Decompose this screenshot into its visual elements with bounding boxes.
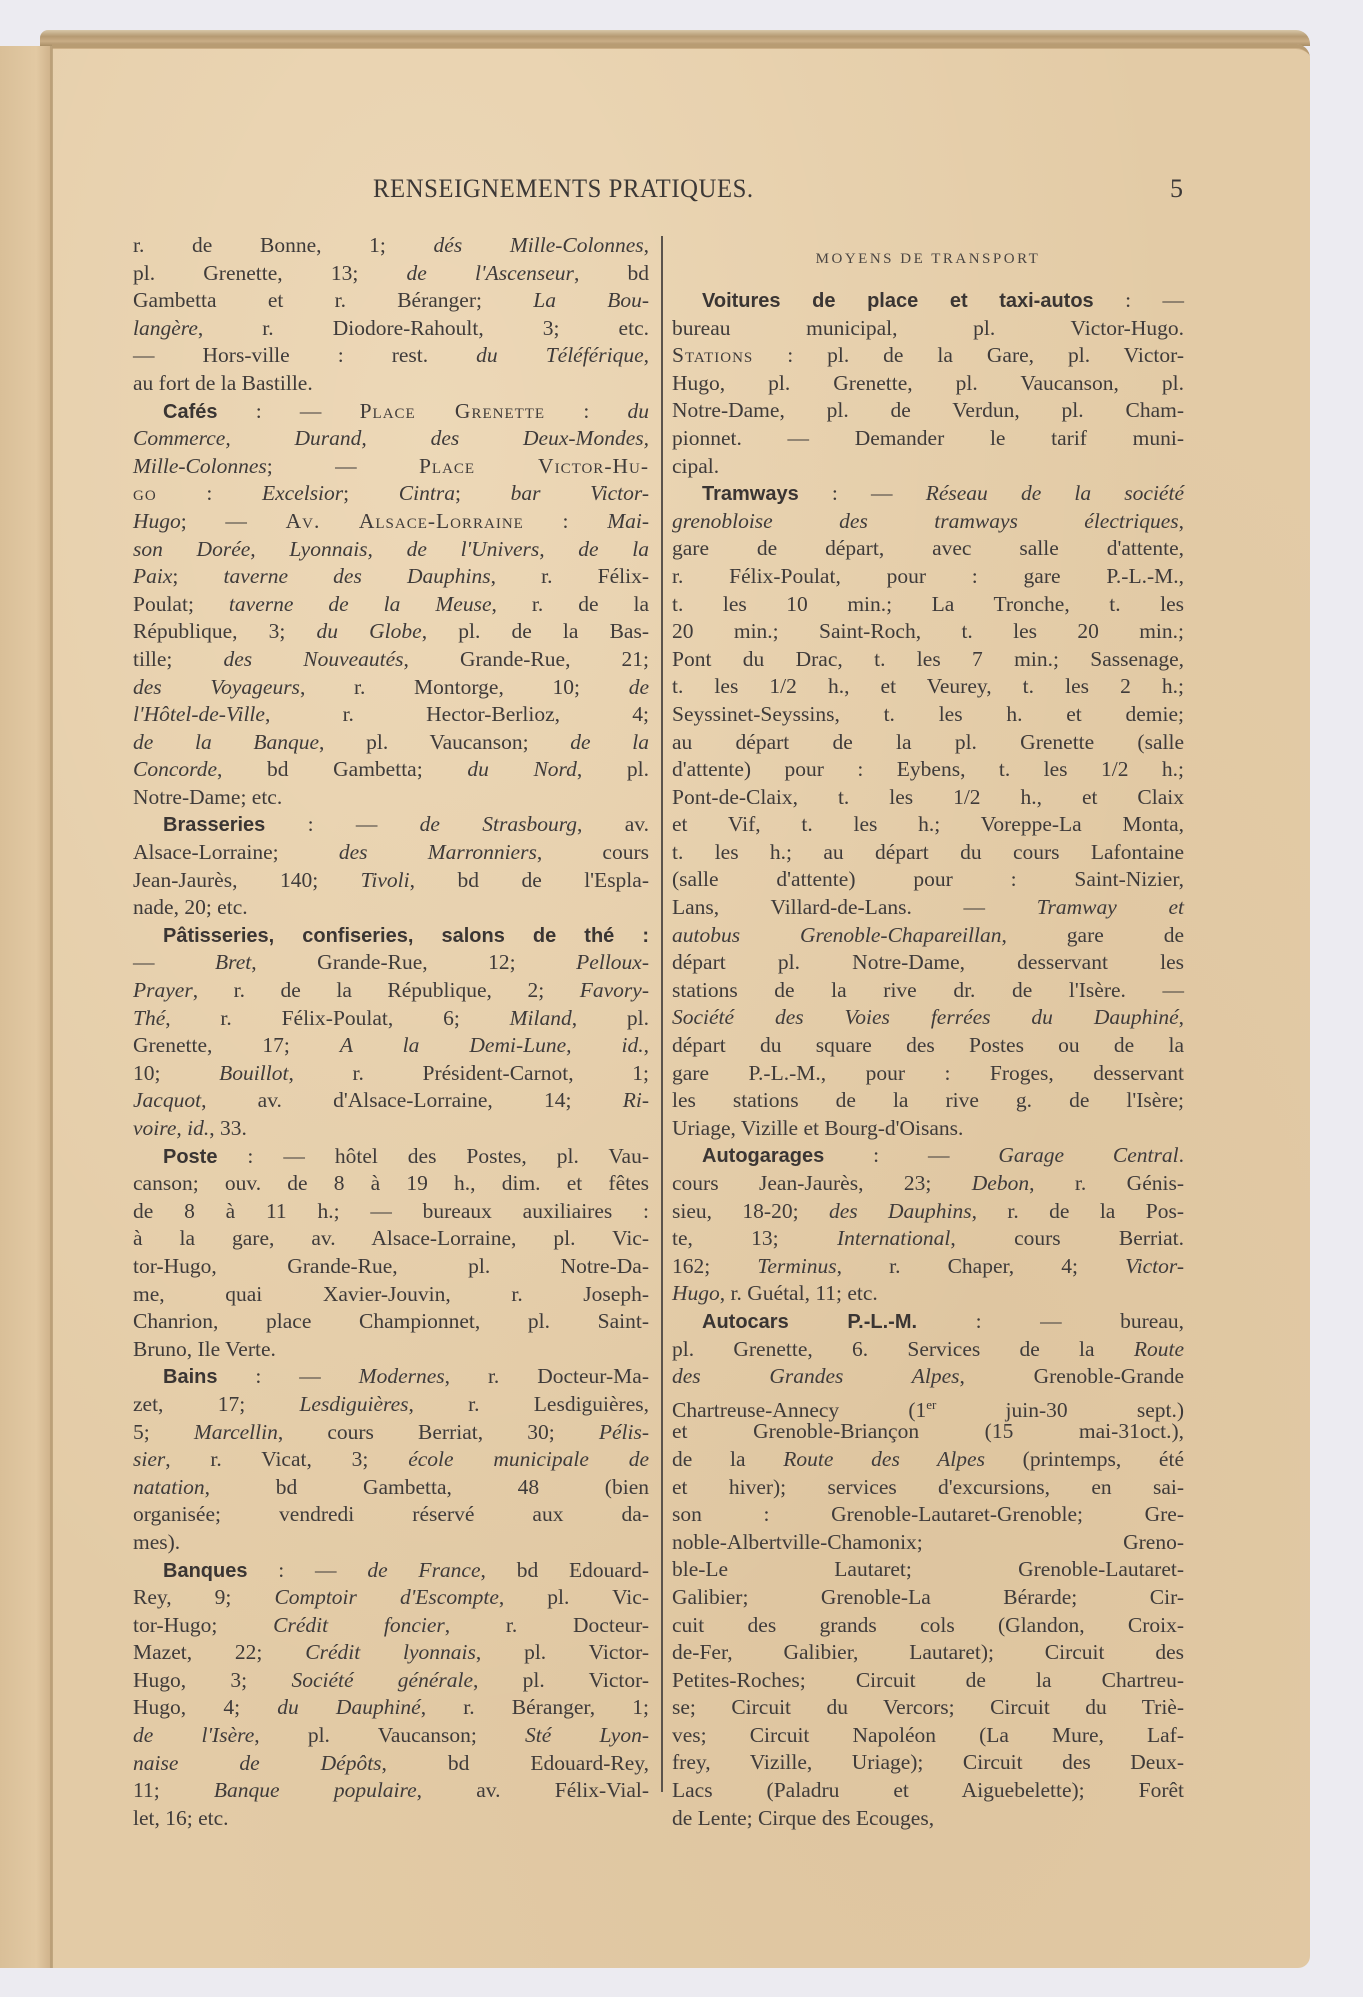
- text-line-content: zet, 17; Lesdiguières, r. Lesdiguières,: [133, 1391, 649, 1419]
- text-run: me, quai Xavier-Jouvin, r. Joseph-: [133, 1282, 649, 1306]
- text-run: r. Félix-Poulat, pour : gare P.-L.-M.,: [672, 564, 1184, 588]
- establishment-name: Cintra: [399, 481, 455, 505]
- text-line-content: Galibier; Grenoble-La Bérarde; Cir-: [672, 1584, 1184, 1612]
- text-line-content: ves; Circuit Napoléon (La Mure, Laf-: [672, 1722, 1184, 1750]
- text-line-content: Petites-Roches; Circuit de la Chartreu-: [672, 1667, 1184, 1695]
- establishment-name: de l'Isère: [133, 1723, 254, 1747]
- spine-crease: [50, 46, 53, 1968]
- text-run: , r. Hector-Berlioz, 4;: [265, 702, 649, 726]
- establishment-name: voire, id.: [133, 1116, 209, 1140]
- text-line-content: Bains : — Modernes, r. Docteur-Ma-: [163, 1363, 649, 1392]
- establishment-name: de la Banque: [133, 730, 319, 754]
- text-run: , r. Chaper, 4;: [837, 1254, 1126, 1278]
- text-line-content: cours Jean-Jaurès, 23; Debon, r. Génis-: [672, 1170, 1184, 1198]
- text-run: , r. Président-Carnot, 1;: [288, 1061, 649, 1085]
- establishment-name: Tivoli: [361, 868, 410, 892]
- text-line-content: Jacquot, av. d'Alsace-Lorraine, 14; Ri-: [133, 1087, 649, 1115]
- text-run: Jean-Jaurès, 140;: [133, 868, 361, 892]
- section-heading: MOYENS DE TRANSPORT: [672, 232, 1184, 287]
- text-line-content: go : Excelsior; Cintra; bar Victor-: [133, 480, 649, 508]
- text-line: sier, r. Vicat, 3; école municipale de: [133, 1446, 649, 1474]
- text-run: Pont du Drac, t. les 7 min.; Sassenage,: [672, 647, 1184, 671]
- text-line-content: son Dorée, Lyonnais, de l'Univers, de la: [133, 536, 649, 564]
- text-line-content: 20 min.; Saint-Roch, t. les 20 min.;: [672, 618, 1184, 646]
- text-run: ,: [644, 233, 649, 257]
- text-run: , pl. Vaucanson;: [254, 1723, 525, 1747]
- text-run: ; —: [181, 509, 286, 533]
- text-line: Commerce, Durand, des Deux-Mondes,: [133, 425, 649, 453]
- text-line-content: des Voyageurs, r. Montorge, 10; de: [133, 674, 649, 702]
- text-run: Alsace-Lorraine;: [133, 840, 339, 864]
- text-line-content: Poulat; taverne de la Meuse, r. de la: [133, 591, 649, 619]
- text-line-content: Chanrion, place Championnet, pl. Saint-: [133, 1308, 649, 1336]
- text-run: ,: [644, 1033, 649, 1057]
- text-line-content: canson; ouv. de 8 à 19 h., dim. et fêtes: [133, 1170, 649, 1198]
- text-line: République, 3; du Globe, pl. de la Bas-: [133, 618, 649, 646]
- text-run: 11;: [133, 1778, 214, 1802]
- text-run: Notre-Dame, pl. de Verdun, pl. Cham-: [672, 398, 1184, 422]
- text-run: Petites-Roches; Circuit de la Chartreu-: [672, 1668, 1184, 1692]
- text-run: Mazet, 22;: [133, 1640, 305, 1664]
- text-line: Hugo, 4; du Dauphiné, r. Béranger, 1;: [133, 1694, 649, 1722]
- text-line-content: — Hors-ville : rest. du Téléférique,: [133, 342, 649, 370]
- establishment-name: Garage Central: [998, 1143, 1178, 1167]
- text-line-content: Prayer, r. de la République, 2; Favory-: [133, 977, 649, 1005]
- text-run: ; —: [267, 454, 419, 478]
- text-run: , bd Gambetta;: [217, 757, 467, 781]
- text-run: gare P.-L.-M., pour : Froges, desservant: [672, 1061, 1184, 1085]
- text-run: Place Grenette: [360, 399, 546, 423]
- text-line-content: 11; Banque populaire, av. Félix-Vial-: [133, 1777, 649, 1805]
- text-line: grenobloise des tramways électriques,: [672, 508, 1184, 536]
- text-run: départ du square des Postes ou de la: [672, 1033, 1184, 1057]
- text-line: 5; Marcellin, cours Berriat, 30; Pélis-: [133, 1419, 649, 1447]
- establishment-name: de la: [570, 730, 649, 754]
- text-run: let, 16; etc.: [133, 1806, 229, 1830]
- text-line: stations de la rive dr. de l'Isère. —: [672, 977, 1184, 1005]
- text-run: au fort de la Bastille.: [133, 371, 313, 395]
- text-line: au fort de la Bastille.: [133, 370, 649, 398]
- text-line-content: langère, r. Diodore-Rahoult, 3; etc.: [133, 315, 649, 343]
- text-run: , av. Félix-Vial-: [417, 1778, 649, 1802]
- text-run: , Grenoble-Grande: [960, 1364, 1185, 1388]
- entry-heading: Banques: [163, 1560, 247, 1582]
- text-run: (printemps, été: [985, 1447, 1184, 1471]
- establishment-name: Banque populaire: [214, 1778, 417, 1802]
- text-run: et Vif, t. les h.; Voreppe-La Monta,: [672, 812, 1184, 836]
- text-line: Bruno, Ile Verte.: [133, 1336, 649, 1364]
- text-run: Lacs (Paladru et Aiguebelette); Forêt: [672, 1778, 1184, 1802]
- text-run: .: [1179, 1143, 1184, 1167]
- text-run: cuit des grands cols (Glandon, Croix-: [672, 1613, 1184, 1637]
- text-line-content: au départ de la pl. Grenette (salle: [672, 729, 1184, 757]
- text-line: go : Excelsior; Cintra; bar Victor-: [133, 480, 649, 508]
- entry-heading: Autogarages: [702, 1145, 824, 1167]
- establishment-name: Mille-Colonnes: [133, 454, 267, 478]
- text-line: noble-Albertville-Chamonix; Greno-: [672, 1529, 1184, 1557]
- text-run: d'attente) pour : Eybens, t. les 1/2 h.;: [672, 757, 1184, 781]
- text-line-content: Stations : pl. de la Gare, pl. Victor-: [672, 342, 1184, 370]
- establishment-name: des Voyageurs: [133, 675, 300, 699]
- text-line: r. de Bonne, 1; dés Mille-Colonnes,: [133, 232, 649, 260]
- text-line-content: de la Banque, pl. Vaucanson; de la: [133, 729, 649, 757]
- establishment-name: Modernes: [359, 1364, 445, 1388]
- text-run: zet, 17;: [133, 1392, 299, 1416]
- text-line-content: t. les 10 min.; La Tronche, t. les: [672, 591, 1184, 619]
- text-line: Autogarages : — Garage Central.: [672, 1142, 1184, 1170]
- establishment-name: de: [629, 675, 649, 699]
- text-line: tor-Hugo, Grande-Rue, pl. Notre-Da-: [133, 1253, 649, 1281]
- text-run: , pl. Victor-: [473, 1668, 649, 1692]
- text-run: : — bureau,: [917, 1309, 1184, 1333]
- text-line-content: de 8 à 11 h.; — bureaux auxiliaires :: [133, 1198, 649, 1226]
- text-line-content: Hugo, r. Guétal, 11; etc.: [672, 1280, 1184, 1308]
- text-line-content: l'Hôtel-de-Ville, r. Hector-Berlioz, 4;: [133, 701, 649, 729]
- text-line: ble-Le Lautaret; Grenoble-Lautaret-: [672, 1556, 1184, 1584]
- text-line: — Bret, Grande-Rue, 12; Pelloux-: [133, 949, 649, 977]
- text-line-content: se; Circuit du Vercors; Circuit du Triè-: [672, 1694, 1184, 1722]
- text-line-content: gare de départ, avec salle d'attente,: [672, 535, 1184, 563]
- establishment-name: son Dorée, Lyonnais, de l'Univers, de la: [133, 537, 649, 561]
- text-line: de Lente; Cirque des Ecouges,: [672, 1805, 1184, 1833]
- text-line: Société des Voies ferrées du Dauphiné,: [672, 1004, 1184, 1032]
- text-line-content: Pont-de-Claix, t. les 1/2 h., et Claix: [672, 784, 1184, 812]
- text-line: (salle d'attente) pour : Saint-Nizier,: [672, 866, 1184, 894]
- text-line: langère, r. Diodore-Rahoult, 3; etc.: [133, 315, 649, 343]
- text-run: , r. Lesdiguières,: [409, 1392, 649, 1416]
- text-line-content: t. les 1/2 h., et Veurey, t. les 2 h.;: [672, 673, 1184, 701]
- column-divider: [661, 236, 663, 1792]
- text-line: Concorde, bd Gambetta; du Nord, pl.: [133, 756, 649, 784]
- right-column: MOYENS DE TRANSPORT Voitures de place et…: [672, 232, 1184, 1832]
- text-line-content: grenobloise des tramways électriques,: [672, 508, 1184, 536]
- text-line: Brasseries : — de Strasbourg, av.: [133, 811, 649, 839]
- text-run: de 8 à 11 h.; — bureaux auxiliaires :: [133, 1199, 649, 1223]
- establishment-name: Lesdiguières: [299, 1392, 408, 1416]
- text-run: se; Circuit du Vercors; Circuit du Triè-: [672, 1695, 1184, 1719]
- text-line: nade, 20; etc.: [133, 894, 649, 922]
- text-line: Pont du Drac, t. les 7 min.; Sassenage,: [672, 646, 1184, 674]
- establishment-name: dés Mille-Colonnes: [434, 233, 644, 257]
- text-line-content: Hugo, 4; du Dauphiné, r. Béranger, 1;: [133, 1694, 649, 1722]
- text-line-content: Paix; taverne des Dauphins, r. Félix-: [133, 563, 649, 591]
- establishment-name: de l'Ascenseur: [407, 261, 574, 285]
- establishment-name: sier: [133, 1447, 165, 1471]
- text-run: Lans, Villard-de-Lans. —: [672, 895, 1037, 919]
- text-line: Notre-Dame; etc.: [133, 784, 649, 812]
- text-line-content: naise de Dépôts, bd Edouard-Rey,: [133, 1750, 649, 1778]
- text-run: t. les h.; au départ du cours Lafontaine: [672, 840, 1184, 864]
- text-run: , cours: [537, 840, 649, 864]
- text-run: , r. Diodore-Rahoult, 3; etc.: [198, 316, 649, 340]
- text-line-content: Hugo; — Av. Alsace-Lorraine : Mai-: [133, 508, 649, 536]
- entry-heading: Autocars P.-L.-M.: [702, 1311, 917, 1333]
- text-line: Jacquot, av. d'Alsace-Lorraine, 14; Ri-: [133, 1087, 649, 1115]
- text-run: Gambetta et r. Béranger;: [133, 288, 533, 312]
- text-run: Hugo, 3;: [133, 1668, 291, 1692]
- running-title: RENSEIGNEMENTS PRATIQUES.: [373, 174, 754, 204]
- text-run: République, 3;: [133, 619, 317, 643]
- text-run: Chanrion, place Championnet, pl. Saint-: [133, 1309, 649, 1333]
- text-line-content: mes).: [133, 1529, 649, 1557]
- establishment-name: Pélis-: [599, 1420, 649, 1444]
- text-run: tor-Hugo;: [133, 1613, 273, 1637]
- text-run: , r. Félix-Poulat, 6;: [165, 1006, 509, 1030]
- text-line-content: Seyssinet-Seyssins, t. les h. et demie;: [672, 701, 1184, 729]
- text-line: de la Banque, pl. Vaucanson; de la: [133, 729, 649, 757]
- text-line-content: tor-Hugo; Crédit foncier, r. Docteur-: [133, 1612, 649, 1640]
- text-run: t. les 1/2 h., et Veurey, t. les 2 h.;: [672, 674, 1184, 698]
- text-line: 10; Bouillot, r. Président-Carnot, 1;: [133, 1060, 649, 1088]
- text-line-content: pl. Grenette, 6. Services de la Route: [672, 1336, 1184, 1364]
- entry-heading: Pâtisseries, confiseries, salons de thé …: [163, 925, 649, 947]
- text-line: de la Route des Alpes (printemps, été: [672, 1446, 1184, 1474]
- entry-heading: Brasseries: [163, 814, 265, 836]
- text-line: et Vif, t. les h.; Voreppe-La Monta,: [672, 811, 1184, 839]
- establishment-name: Paix: [133, 564, 172, 588]
- text-run: Poulat;: [133, 592, 229, 616]
- text-line-content: Mille-Colonnes; — Place Victor-Hu-: [133, 453, 649, 481]
- entry-heading: Tramways: [702, 483, 799, 505]
- text-line: mes).: [133, 1529, 649, 1557]
- text-line-content: (salle d'attente) pour : Saint-Nizier,: [672, 866, 1184, 894]
- text-line-content: Brasseries : — de Strasbourg, av.: [163, 811, 649, 840]
- establishment-name: Excelsior: [262, 481, 343, 505]
- text-line: me, quai Xavier-Jouvin, r. Joseph-: [133, 1281, 649, 1309]
- text-run: ;: [455, 481, 511, 505]
- text-run: Seyssinet-Seyssins, t. les h. et demie;: [672, 702, 1184, 726]
- text-run: cours Jean-Jaurès, 23;: [672, 1171, 972, 1195]
- text-run: , r. de la Pos-: [972, 1199, 1184, 1223]
- entry-heading: Cafés: [163, 401, 217, 423]
- text-line: Prayer, r. de la République, 2; Favory-: [133, 977, 649, 1005]
- text-run: , pl.: [572, 1006, 649, 1030]
- text-line: se; Circuit du Vercors; Circuit du Triè-: [672, 1694, 1184, 1722]
- establishment-name: Tramway et: [1037, 895, 1184, 919]
- text-run: :: [524, 509, 607, 533]
- establishment-name: Société générale: [291, 1668, 473, 1692]
- text-run: de-Fer, Galibier, Lautaret); Circuit des: [672, 1640, 1184, 1664]
- text-line-content: pionnet. — Demander le tarif muni-: [672, 425, 1184, 453]
- text-run: 20 min.; Saint-Roch, t. les 20 min.;: [672, 619, 1184, 643]
- text-run: et Grenoble-Briançon (15 mai-31oct.),: [672, 1419, 1184, 1443]
- text-run: bureau municipal, pl. Victor-Hugo.: [672, 316, 1184, 340]
- establishment-name: Crédit lyonnais: [305, 1640, 476, 1664]
- text-run: r. de Bonne, 1;: [133, 233, 434, 257]
- text-line: et hiver); services d'excursions, en sai…: [672, 1474, 1184, 1502]
- text-line-content: r. de Bonne, 1; dés Mille-Colonnes,: [133, 232, 649, 260]
- text-run: Grenette, 17;: [133, 1033, 340, 1057]
- text-line-content: Notre-Dame; etc.: [133, 784, 649, 812]
- text-line-content: son : Grenoble-Lautaret-Grenoble; Gre-: [672, 1501, 1184, 1529]
- text-line: de 8 à 11 h.; — bureaux auxiliaires :: [133, 1198, 649, 1226]
- text-run: les stations de la rive g. de l'Isère;: [672, 1088, 1184, 1112]
- text-run: à la gare, av. Alsace-Lorraine, pl. Vic-: [133, 1226, 649, 1250]
- text-run: , r. Guétal, 11; etc.: [720, 1281, 878, 1305]
- text-line-content: Société des Voies ferrées du Dauphiné,: [672, 1004, 1184, 1032]
- establishment-name: grenobloise des tramways électriques: [672, 509, 1179, 533]
- establishment-name: Debon: [972, 1171, 1029, 1195]
- text-run: : —: [247, 1558, 367, 1582]
- establishment-name: Ri-: [623, 1088, 649, 1112]
- text-run: : —: [265, 812, 419, 836]
- text-line: Notre-Dame, pl. de Verdun, pl. Cham-: [672, 397, 1184, 425]
- text-line-content: — Bret, Grande-Rue, 12; Pelloux-: [133, 949, 649, 977]
- text-line: Grenette, 17; A la Demi-Lune, id.,: [133, 1032, 649, 1060]
- establishment-name: de France: [367, 1558, 480, 1582]
- text-run: Rey, 9;: [133, 1585, 274, 1609]
- establishment-name: La Bou-: [533, 288, 649, 312]
- text-run: , r. Docteur-: [445, 1613, 649, 1637]
- text-line: des Grandes Alpes, Grenoble-Grande: [672, 1363, 1184, 1391]
- text-line: natation, bd Gambetta, 48 (bien: [133, 1474, 649, 1502]
- text-line-content: Thé, r. Félix-Poulat, 6; Miland, pl.: [133, 1005, 649, 1033]
- text-line-content: République, 3; du Globe, pl. de la Bas-: [133, 618, 649, 646]
- text-line-content: des Grandes Alpes, Grenoble-Grande: [672, 1363, 1184, 1391]
- establishment-name: du Nord: [467, 757, 577, 781]
- establishment-name: des Marronniers: [339, 840, 537, 864]
- text-line: naise de Dépôts, bd Edouard-Rey,: [133, 1750, 649, 1778]
- text-run: , r. de la: [492, 592, 650, 616]
- establishment-name: taverne des Dauphins: [224, 564, 491, 588]
- text-line: Banques : — de France, bd Edouard-: [133, 1557, 649, 1585]
- text-line-content: de Lente; Cirque des Ecouges,: [672, 1805, 1184, 1833]
- text-line-content: pl. Grenette, 13; de l'Ascenseur, bd: [133, 260, 649, 288]
- establishment-name: langère: [133, 316, 198, 340]
- entry-heading: Bains: [163, 1366, 217, 1388]
- text-line-content: r. Félix-Poulat, pour : gare P.-L.-M.,: [672, 563, 1184, 591]
- text-line-content: Tramways : — Réseau de la société: [702, 480, 1184, 509]
- establishment-name: Marcellin: [194, 1420, 278, 1444]
- text-line: Petites-Roches; Circuit de la Chartreu-: [672, 1667, 1184, 1695]
- establishment-name: Bret: [215, 950, 251, 974]
- text-line: Lacs (Paladru et Aiguebelette); Forêt: [672, 1777, 1184, 1805]
- text-run: ves; Circuit Napoléon (La Mure, Laf-: [672, 1723, 1184, 1747]
- text-run: : —: [217, 1364, 358, 1388]
- text-run: Hugo, 4;: [133, 1695, 277, 1719]
- text-run: (salle d'attente) pour : Saint-Nizier,: [672, 867, 1184, 891]
- right-column-lines: Voitures de place et taxi-autos : —burea…: [672, 287, 1184, 1832]
- text-run: —: [133, 950, 215, 974]
- running-head: RENSEIGNEMENTS PRATIQUES. 5: [133, 174, 1183, 208]
- text-line: gare P.-L.-M., pour : Froges, desservant: [672, 1060, 1184, 1088]
- text-line: 11; Banque populaire, av. Félix-Vial-: [133, 1777, 649, 1805]
- text-run: , pl. de la Bas-: [422, 619, 649, 643]
- text-run: : —: [217, 399, 359, 423]
- text-line-content: Pâtisseries, confiseries, salons de thé …: [163, 922, 649, 951]
- text-line: Pont-de-Claix, t. les 1/2 h., et Claix: [672, 784, 1184, 812]
- text-run: pionnet. — Demander le tarif muni-: [672, 426, 1184, 450]
- text-run: : pl. de la Gare, pl. Victor-: [753, 343, 1184, 367]
- text-run: ,: [1179, 1005, 1184, 1029]
- text-line: canson; ouv. de 8 à 19 h., dim. et fêtes: [133, 1170, 649, 1198]
- text-line-content: de la Route des Alpes (printemps, été: [672, 1446, 1184, 1474]
- text-run: Galibier; Grenoble-La Bérarde; Cir-: [672, 1585, 1184, 1609]
- text-line: Cafés : — Place Grenette : du: [133, 398, 649, 426]
- text-line: ves; Circuit Napoléon (La Mure, Laf-: [672, 1722, 1184, 1750]
- text-line: Chanrion, place Championnet, pl. Saint-: [133, 1308, 649, 1336]
- establishment-name: des Dauphins: [829, 1199, 972, 1223]
- text-line: à la gare, av. Alsace-Lorraine, pl. Vic-: [133, 1225, 649, 1253]
- establishment-name: Bouillot: [219, 1061, 288, 1085]
- text-line-content: Hugo, pl. Grenette, pl. Vaucanson, pl.: [672, 370, 1184, 398]
- text-line: voire, id., 33.: [133, 1115, 649, 1143]
- text-line-content: Poste : — hôtel des Postes, pl. Vau-: [163, 1143, 649, 1172]
- text-run: départ pl. Notre-Dame, desservant les: [672, 950, 1184, 974]
- text-line-content: Jean-Jaurès, 140; Tivoli, bd de l'Espla-: [133, 867, 649, 895]
- text-line: tor-Hugo; Crédit foncier, r. Docteur-: [133, 1612, 649, 1640]
- establishment-name: Favory-: [580, 978, 649, 1002]
- text-line: organisée; vendredi réservé aux da-: [133, 1501, 649, 1529]
- text-line: zet, 17; Lesdiguières, r. Lesdiguières,: [133, 1391, 649, 1419]
- text-line-content: 10; Bouillot, r. Président-Carnot, 1;: [133, 1060, 649, 1088]
- text-line-content: noble-Albertville-Chamonix; Greno-: [672, 1529, 1184, 1557]
- text-run: , pl.: [577, 757, 649, 781]
- text-run: , cours Berriat, 30;: [278, 1420, 599, 1444]
- text-line-content: autobus Grenoble-Chapareillan, gare de: [672, 922, 1184, 950]
- text-line-content: te, 13; International, cours Berriat.: [672, 1225, 1184, 1253]
- text-run: , gare de: [1001, 923, 1184, 947]
- text-run: ,: [644, 343, 649, 367]
- text-line: let, 16; etc.: [133, 1805, 649, 1833]
- text-line: Hugo; — Av. Alsace-Lorraine : Mai-: [133, 508, 649, 536]
- text-run: gare de départ, avec salle d'attente,: [672, 536, 1184, 560]
- text-run: frey, Vizille, Uriage); Circuit des Deux…: [672, 1750, 1184, 1774]
- text-line-content: nade, 20; etc.: [133, 894, 649, 922]
- text-line: Voitures de place et taxi-autos : —: [672, 287, 1184, 315]
- text-line: de l'Isère, pl. Vaucanson; Sté Lyon-: [133, 1722, 649, 1750]
- text-line-content: sieu, 18-20; des Dauphins, r. de la Pos-: [672, 1198, 1184, 1226]
- text-line: Thé, r. Félix-Poulat, 6; Miland, pl.: [133, 1005, 649, 1033]
- text-run: , r. Docteur-Ma-: [445, 1364, 649, 1388]
- establishment-name: du Globe: [317, 619, 422, 643]
- establishment-name: naise de Dépôts: [133, 1751, 382, 1775]
- text-line-content: 5; Marcellin, cours Berriat, 30; Pélis-: [133, 1419, 649, 1447]
- text-run: mes).: [133, 1530, 180, 1554]
- establishment-name: Jacquot: [133, 1088, 201, 1112]
- text-line: Chartreuse-Annecy (1er juin-30 sept.): [672, 1391, 1184, 1419]
- text-run: au départ de la pl. Grenette (salle: [672, 730, 1184, 754]
- text-line: — Hors-ville : rest. du Téléférique,: [133, 342, 649, 370]
- establishment-name: Sté Lyon-: [525, 1723, 649, 1747]
- text-run: Place Victor-Hu-: [419, 454, 649, 478]
- text-line-content: Alsace-Lorraine; des Marronniers, cours: [133, 839, 649, 867]
- text-line-content: Uriage, Vizille et Bourg-d'Oisans.: [672, 1115, 1184, 1143]
- text-line: les stations de la rive g. de l'Isère;: [672, 1087, 1184, 1115]
- text-run: er: [926, 1397, 936, 1412]
- text-line: gare de départ, avec salle d'attente,: [672, 535, 1184, 563]
- establishment-name: des Grandes Alpes: [672, 1364, 960, 1388]
- text-run: pl. Grenette, 6. Services de la: [672, 1337, 1134, 1361]
- text-line-content: Banques : — de France, bd Edouard-: [163, 1557, 649, 1586]
- establishment-name: des Nouveautés: [224, 647, 404, 671]
- text-run: , r. Félix-: [491, 564, 649, 588]
- text-run: , bd Edouard-: [481, 1558, 649, 1582]
- page-number: 5: [1170, 174, 1183, 204]
- establishment-name: l'Hôtel-de-Ville: [133, 702, 265, 726]
- establishment-name: école municipale de: [408, 1447, 649, 1471]
- text-run: canson; ouv. de 8 à 19 h., dim. et fêtes: [133, 1171, 649, 1195]
- establishment-name: Pelloux-: [576, 950, 649, 974]
- text-line: des Voyageurs, r. Montorge, 10; de: [133, 674, 649, 702]
- text-line-content: Voitures de place et taxi-autos : —: [702, 287, 1184, 316]
- text-line: son : Grenoble-Lautaret-Grenoble; Gre-: [672, 1501, 1184, 1529]
- text-line-content: et Vif, t. les h.; Voreppe-La Monta,: [672, 811, 1184, 839]
- text-run: ;: [343, 481, 399, 505]
- text-run: t. les 10 min.; La Tronche, t. les: [672, 592, 1184, 616]
- text-run: ble-Le Lautaret; Grenoble-Lautaret-: [672, 1557, 1184, 1581]
- text-line-content: bureau municipal, pl. Victor-Hugo.: [672, 315, 1184, 343]
